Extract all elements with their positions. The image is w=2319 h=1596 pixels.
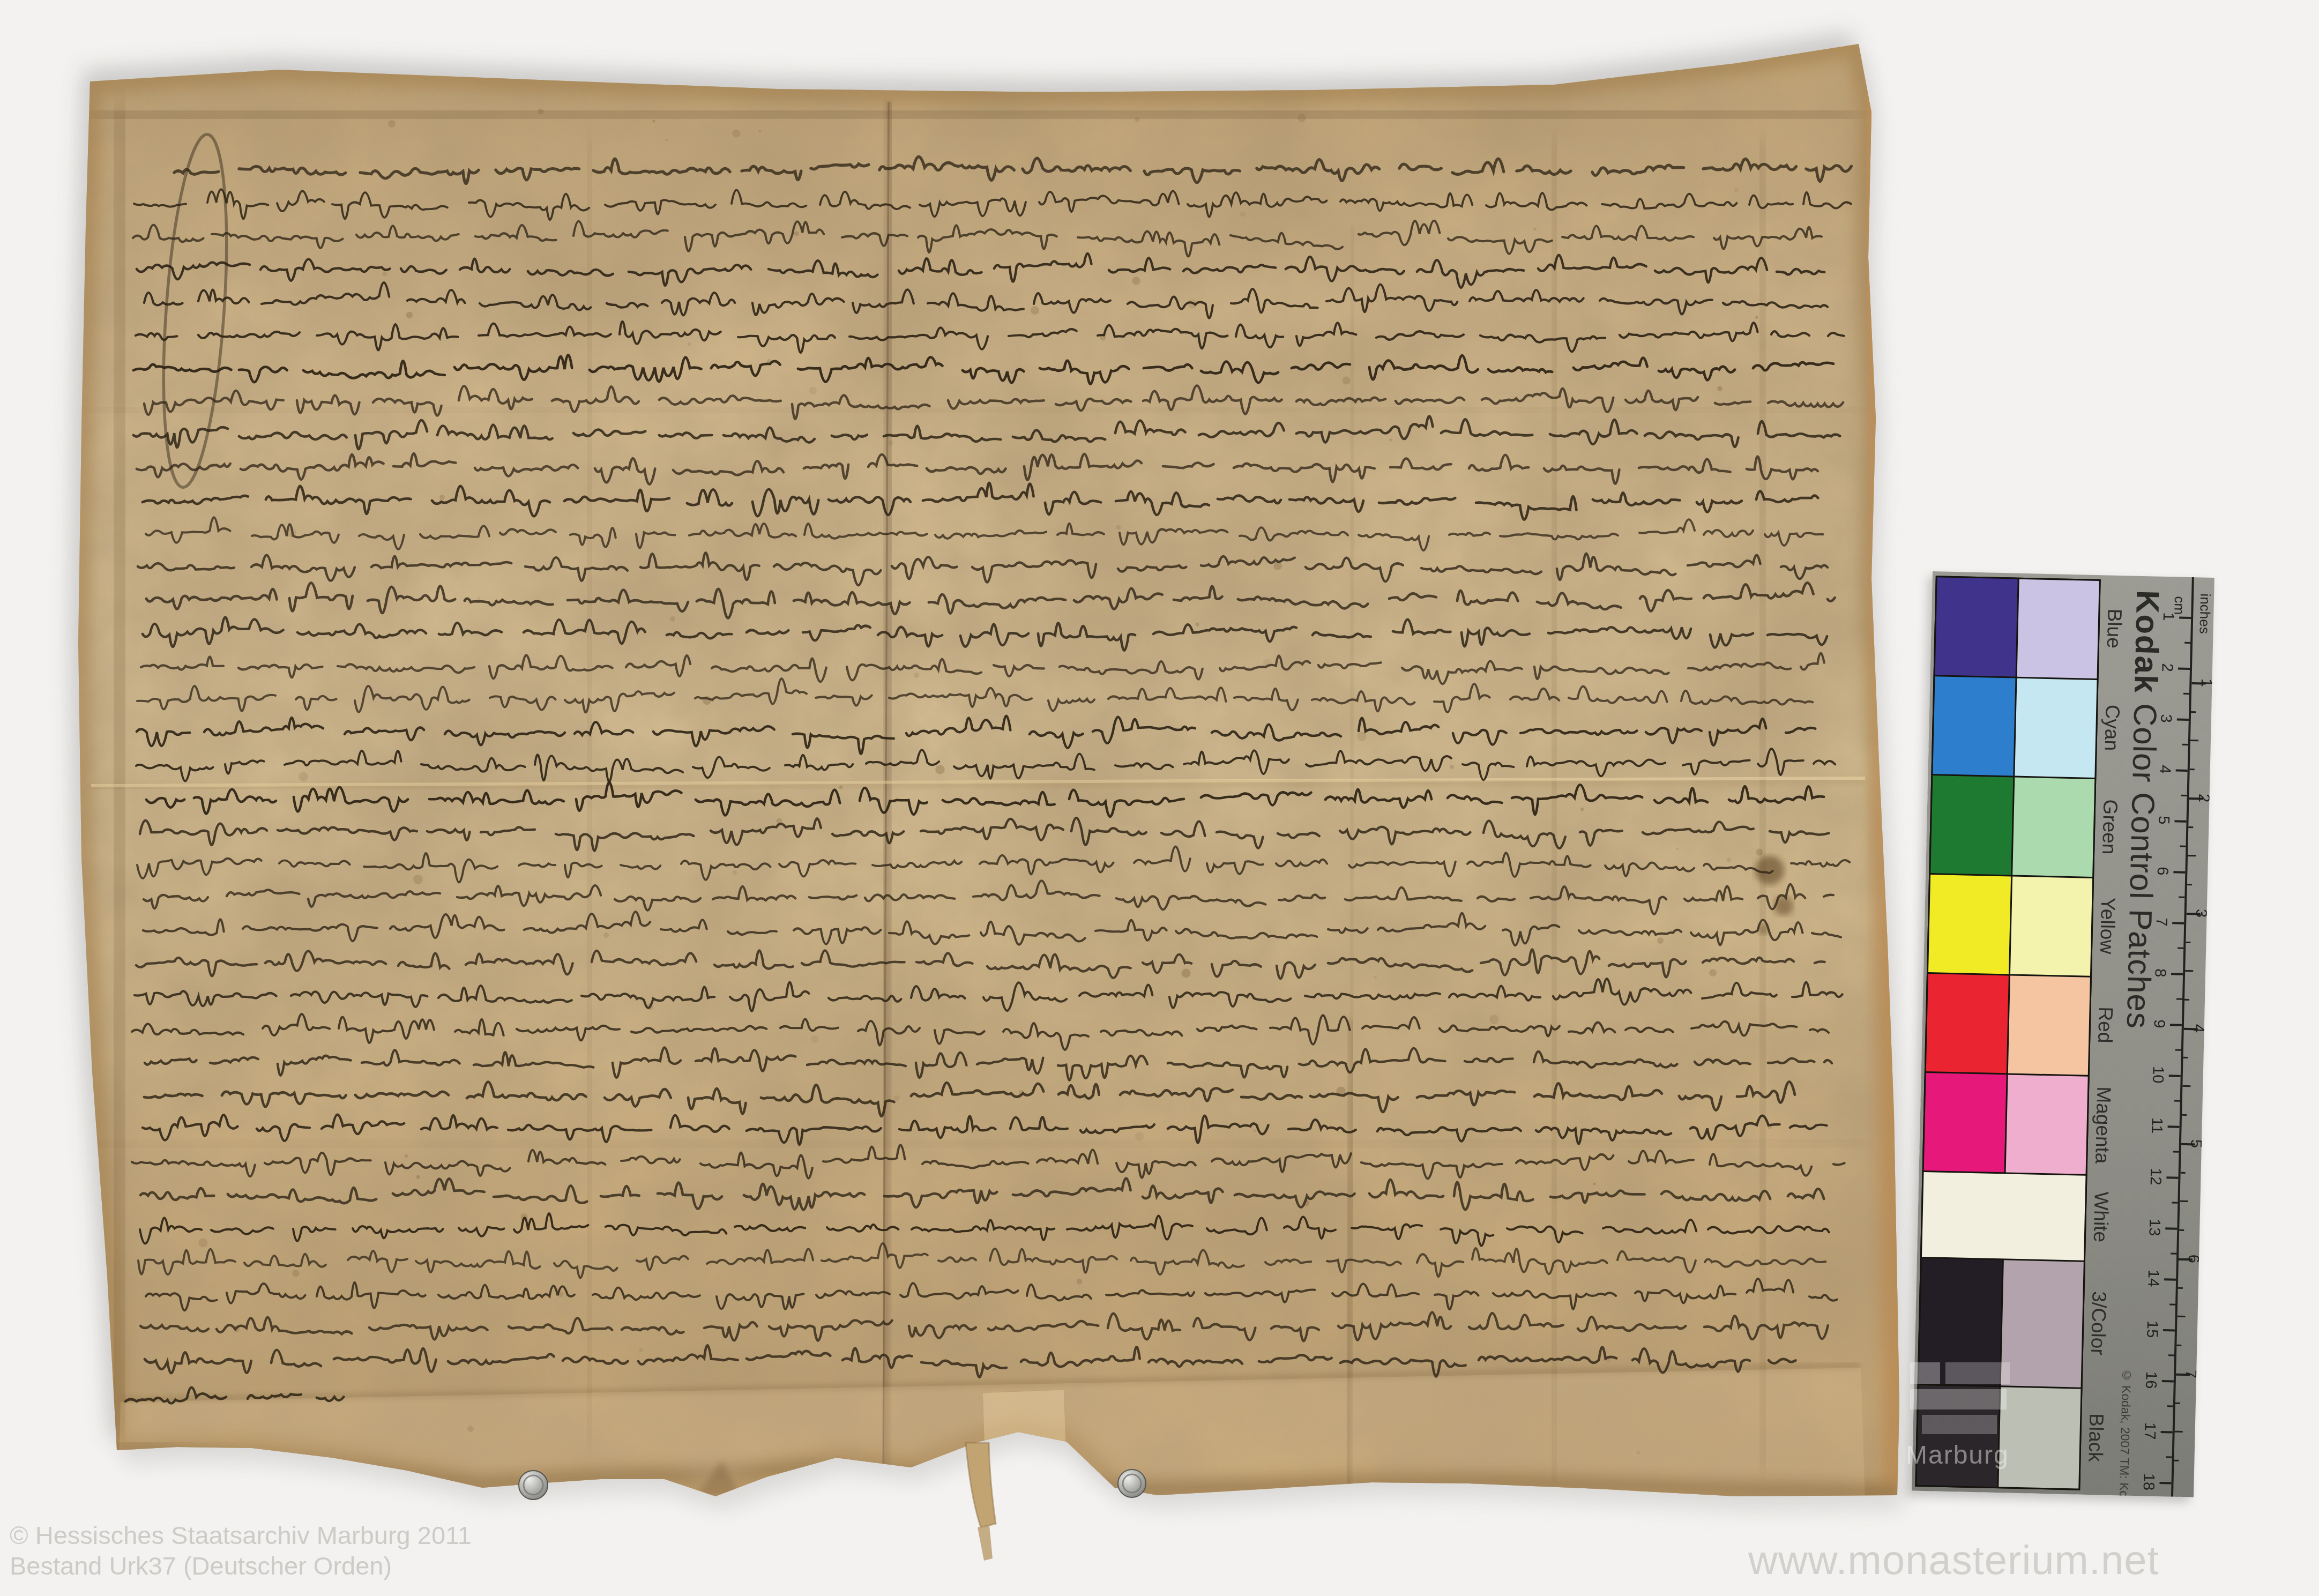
foxing-speck xyxy=(759,130,762,133)
swatch-blue-solid xyxy=(1935,577,2018,676)
ruler-tick xyxy=(2190,769,2195,770)
row-label-cyan: Cyan xyxy=(2098,690,2124,765)
foxing-speck xyxy=(1182,969,1191,978)
patch-grid xyxy=(1915,576,2100,1490)
ruler-tick xyxy=(2182,1114,2187,1116)
ruler-tick xyxy=(2191,711,2196,713)
swatch-cyan-pastel xyxy=(2015,678,2097,778)
foxing-speck xyxy=(1717,386,1722,391)
foxing-speck xyxy=(666,139,668,141)
ruler-tick xyxy=(2178,1287,2183,1289)
ruler-number-cm-7: 7 xyxy=(2152,913,2170,931)
ruler-number-cm-1: 1 xyxy=(2159,607,2177,626)
foxing-speck xyxy=(1657,937,1664,944)
foxing-speck xyxy=(538,109,544,115)
row-label-magenta: Magenta xyxy=(2089,1086,2115,1162)
archive-logo-blocks-icon xyxy=(1910,1362,2012,1437)
ruler-tick xyxy=(2171,1252,2176,1254)
ruler-tick xyxy=(2182,744,2188,745)
foxing-speck xyxy=(1580,808,1584,811)
swatch-green-pastel xyxy=(2012,778,2095,877)
ruler-tick xyxy=(2175,1403,2180,1404)
ruler-tick xyxy=(2183,1057,2188,1058)
ruler-tick xyxy=(2165,1227,2177,1229)
ruler-number-cm-13: 13 xyxy=(2145,1218,2163,1237)
ruler-tick xyxy=(2184,642,2190,644)
foxing-speck xyxy=(935,765,944,774)
row-label-blue: Blue xyxy=(2100,591,2126,666)
inches-unit-label: inches xyxy=(2196,593,2213,634)
row-label-3color: 3/Color xyxy=(2084,1286,2111,1361)
ruler-tick xyxy=(2183,693,2189,695)
foxing-speck xyxy=(1389,438,1392,442)
ruler-tick xyxy=(2172,922,2184,924)
foxing-speck xyxy=(652,120,655,123)
patch-row-blue xyxy=(1935,577,2099,678)
foxing-speck xyxy=(1755,316,1758,319)
ruler-number-cm-5: 5 xyxy=(2154,811,2173,830)
ruler-number-cm-9: 9 xyxy=(2150,1015,2168,1033)
ruler-tick xyxy=(2161,1431,2173,1433)
fastener-pin-left xyxy=(519,1471,548,1500)
ruler-number-cm-14: 14 xyxy=(2144,1269,2162,1288)
ruler-tick xyxy=(2178,1316,2186,1317)
foxing-speck xyxy=(1135,117,1140,122)
foxing-speck xyxy=(467,1426,473,1431)
swatch-yellow-pastel xyxy=(2010,877,2092,976)
ruler-tick xyxy=(2179,1229,2184,1231)
ruler-tick xyxy=(2174,1100,2180,1101)
foxing-speck xyxy=(1636,1450,1640,1454)
ruler-tick xyxy=(2166,1176,2178,1179)
ruler-tick xyxy=(2180,846,2186,847)
copyright-line-1: © Hessisches Staatsarchiv Marburg 2011 xyxy=(10,1520,472,1550)
foxing-speck xyxy=(1031,306,1039,315)
ruler-tick xyxy=(2177,718,2189,720)
seal-tail-tip xyxy=(978,1525,993,1561)
ruler-number-cm-12: 12 xyxy=(2146,1167,2165,1186)
row-label-red: Red xyxy=(2091,987,2117,1063)
archive-logo-caption: Marburg xyxy=(1906,1441,2109,1470)
ruler-tick xyxy=(2173,871,2185,873)
ruler-tick xyxy=(2179,897,2184,898)
foxing-speck xyxy=(1116,525,1121,530)
foxing-speck xyxy=(413,875,423,884)
foxing-speck xyxy=(603,933,609,938)
foxing-speck xyxy=(732,129,740,137)
foxing-speck xyxy=(688,342,691,346)
foxing-speck xyxy=(1298,114,1306,122)
foxing-speck xyxy=(439,495,445,500)
foxing-speck xyxy=(292,1270,299,1277)
swatch-magenta-pastel xyxy=(2005,1075,2088,1174)
foxing-speck xyxy=(670,616,675,622)
row-label-green: Green xyxy=(2096,789,2122,864)
foxing-speck xyxy=(893,1095,899,1101)
kodak-small-print: © Kodak, 2007 TM: Kodak xyxy=(2116,1368,2134,1497)
ruler-tick xyxy=(2178,667,2190,669)
ruler-tick xyxy=(2162,1380,2174,1382)
foxing-speck xyxy=(1196,623,1199,627)
copyright-watermark: © Hessisches Staatsarchiv Marburg 2011 B… xyxy=(10,1520,472,1582)
ruler-tick xyxy=(2184,999,2189,1001)
ruler-tick xyxy=(2176,1345,2181,1346)
swatch-red-pastel xyxy=(2008,975,2090,1075)
patch-row-yellow xyxy=(1928,875,2092,976)
ruler-number-cm-10: 10 xyxy=(2149,1065,2167,1084)
swatch-blue-pastel xyxy=(2017,579,2099,678)
swatch-magenta-solid xyxy=(1924,1073,2007,1172)
ruler-tick xyxy=(2164,1278,2176,1280)
ruler-tick xyxy=(2179,616,2191,618)
site-watermark: www.monasterium.net xyxy=(1748,1537,2159,1584)
ruler-tick xyxy=(2188,855,2196,856)
ruler-tick xyxy=(2171,973,2183,975)
foxing-speck xyxy=(914,673,920,678)
ruler-number-cm-16: 16 xyxy=(2142,1371,2160,1390)
patch-row-white xyxy=(1922,1172,2086,1261)
foxing-speck xyxy=(1240,212,1246,217)
copyright-line-2: Bestand Urk37 (Deutscher Orden) xyxy=(10,1550,472,1581)
foxing-speck xyxy=(733,870,737,875)
ruler-tick xyxy=(2188,826,2193,828)
kodak-color-strip: BlueCyanGreenYellowRedMagentaWhite3/Colo… xyxy=(1912,571,2214,1497)
foxing-speck xyxy=(1734,188,1739,192)
foxing-speck xyxy=(1374,976,1376,979)
foxing-speck xyxy=(1742,1254,1744,1256)
foxing-speck xyxy=(406,312,413,318)
ruler-tick xyxy=(2163,1329,2175,1331)
ruler-tick xyxy=(2172,1202,2178,1203)
foxing-speck xyxy=(811,1035,818,1043)
foxing-speck xyxy=(1132,277,1140,285)
ruler-number-cm-18: 18 xyxy=(2139,1473,2158,1491)
ruler-tick xyxy=(2173,1151,2179,1152)
ruler-tick xyxy=(2168,1354,2174,1356)
foxing-speck xyxy=(809,387,817,394)
fastener-pin-right xyxy=(1118,1470,1146,1497)
foxing-speck xyxy=(299,772,308,781)
ruler-tick xyxy=(2175,1049,2181,1051)
foxing-speck xyxy=(888,440,893,445)
swatch-cyan-solid xyxy=(1933,676,2015,775)
row-label-yellow: Yellow xyxy=(2093,888,2119,964)
patch-row-cyan xyxy=(1933,676,2097,778)
swatch-white-solid xyxy=(1922,1172,2086,1261)
strip-brand: Kodak xyxy=(2128,590,2166,694)
seal-tail-flap xyxy=(966,1443,996,1527)
ruler-number-cm-2: 2 xyxy=(2158,658,2176,677)
ruler-tick xyxy=(2166,1456,2172,1458)
ruler-tick xyxy=(2170,1024,2182,1026)
patch-row-magenta xyxy=(1924,1073,2088,1174)
ruler-tick xyxy=(2185,970,2193,972)
foxing-speck xyxy=(478,598,480,600)
ruler-tick xyxy=(2174,820,2186,822)
ruler-number-cm-3: 3 xyxy=(2157,709,2175,728)
ruler-tick xyxy=(2186,942,2190,943)
ruler-tick xyxy=(2169,1075,2181,1077)
ruler-tick xyxy=(2178,948,2183,949)
foxing-speck xyxy=(1727,858,1732,863)
foxing-speck xyxy=(416,1175,420,1179)
patch-row-green xyxy=(1930,775,2094,877)
archive-logo-watermark: Marburg xyxy=(1906,1362,2109,1475)
foxing-speck xyxy=(1273,562,1281,570)
swatch-yellow-solid xyxy=(1928,875,2011,974)
foxing-speck xyxy=(1077,1279,1083,1285)
foxing-speck xyxy=(1343,377,1351,385)
foxing-speck xyxy=(1135,1132,1144,1141)
ruler-number-cm-11: 11 xyxy=(2148,1116,2166,1135)
foxing-speck xyxy=(1450,765,1453,769)
photo-stage: BlueCyanGreenYellowRedMagentaWhite3/Colo… xyxy=(0,0,2319,1596)
foxing-speck xyxy=(405,1154,408,1158)
foxing-speck xyxy=(1593,1182,1595,1185)
ruler-tick xyxy=(2169,1303,2175,1305)
foxing-speck xyxy=(199,1239,208,1248)
ruler-tick xyxy=(2182,1085,2190,1087)
ruler-tick xyxy=(2176,769,2188,771)
ruler-tick xyxy=(2187,884,2192,885)
ruler-tick xyxy=(2176,998,2182,1000)
ruler-tick xyxy=(2168,1125,2180,1128)
ruler-tick xyxy=(2174,1460,2179,1461)
ruler-tick xyxy=(2181,1172,2186,1174)
foxing-speck xyxy=(1254,1130,1256,1132)
ruler-number-cm-4: 4 xyxy=(2156,760,2174,779)
ruler-tick xyxy=(2190,740,2198,741)
row-label-white: White xyxy=(2086,1179,2113,1255)
foxing-speck xyxy=(1676,848,1679,850)
foxing-speck xyxy=(839,786,843,789)
ruler-number-cm-6: 6 xyxy=(2153,862,2172,881)
foxing-speck xyxy=(639,1348,643,1352)
swatch-green-solid xyxy=(1930,775,2013,875)
ruler-number-cm-8: 8 xyxy=(2151,964,2169,982)
swatch-red-solid xyxy=(1926,974,2009,1073)
foxing-speck xyxy=(382,271,387,276)
ruler-tick xyxy=(2181,795,2187,796)
ruler-tick xyxy=(2167,1405,2173,1407)
foxing-speck xyxy=(388,120,396,128)
ruler-tick xyxy=(2180,1200,2188,1202)
foxing-speck xyxy=(1489,1015,1499,1024)
foxing-speck xyxy=(1756,849,1763,856)
foxing-speck xyxy=(794,231,799,236)
ruler-number-inch-1: 1 xyxy=(2197,674,2214,692)
foxing-speck xyxy=(1709,969,1717,976)
patch-row-red xyxy=(1926,974,2090,1075)
ruler-tick xyxy=(2175,1431,2183,1433)
foxing-speck xyxy=(1533,227,1536,230)
ruler-number-cm-17: 17 xyxy=(2141,1422,2159,1441)
ruler-tick xyxy=(2159,1482,2171,1484)
ruler-number-cm-15: 15 xyxy=(2143,1320,2161,1339)
